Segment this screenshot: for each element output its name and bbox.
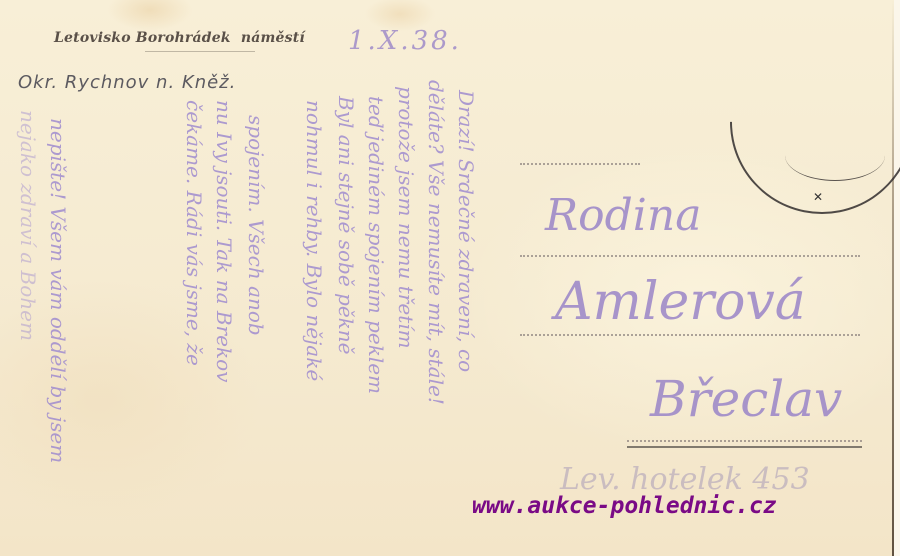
- address-dotted-line: [520, 255, 860, 257]
- address-underline: [627, 446, 862, 448]
- message-line: nejako zdraví a Bohem: [16, 110, 40, 341]
- address-line-1: Rodina: [545, 190, 701, 241]
- message-line: protože jsem nemu třetím: [394, 86, 418, 349]
- postmark-star-icon: ✕: [813, 190, 823, 204]
- postcard-back: Letovisko Borohrádek náměstí 1.X.38. Okr…: [0, 0, 900, 556]
- address-dotted-line: [520, 334, 860, 336]
- address-line-3: Břeclav: [650, 370, 842, 428]
- message-line: čekáme. Rádi vás jsme, že: [182, 100, 206, 366]
- message-line: Byl ani stejně sobě pěkně: [334, 96, 358, 355]
- postmark-inner-arc: [785, 130, 885, 181]
- message-line: teď jediném spojením peklem: [364, 96, 388, 394]
- address-dotted-line: [627, 440, 862, 442]
- postmark-ring: [692, 0, 900, 252]
- printed-title: Letovisko Borohrádek náměstí: [54, 30, 305, 46]
- address-line-2: Amlerová: [555, 272, 806, 332]
- sender-district: Okr. Rychnov n. Kněž.: [18, 72, 236, 93]
- message-line: spojením. Všech anob: [244, 115, 268, 336]
- message-line: nepište! Všem vám oddělí by jsem: [46, 118, 70, 463]
- message-line: Drazí! Srdečné zdravení, co: [454, 90, 478, 372]
- watermark-url: www.aukce-pohlednic.cz: [472, 493, 777, 519]
- message-line: nohmul i rehby. Bylo nějaké: [302, 100, 326, 381]
- message-line: děláte? Vše nemusíte mít, stále!: [424, 80, 448, 405]
- address-street: Lev. hotelek 453: [560, 462, 810, 497]
- address-dotted-line: [520, 163, 640, 165]
- printed-underline: [145, 51, 255, 52]
- message-line: nu Ivy jsouti. Tak na Brekov: [212, 100, 236, 382]
- handwritten-date: 1.X.38.: [348, 26, 462, 56]
